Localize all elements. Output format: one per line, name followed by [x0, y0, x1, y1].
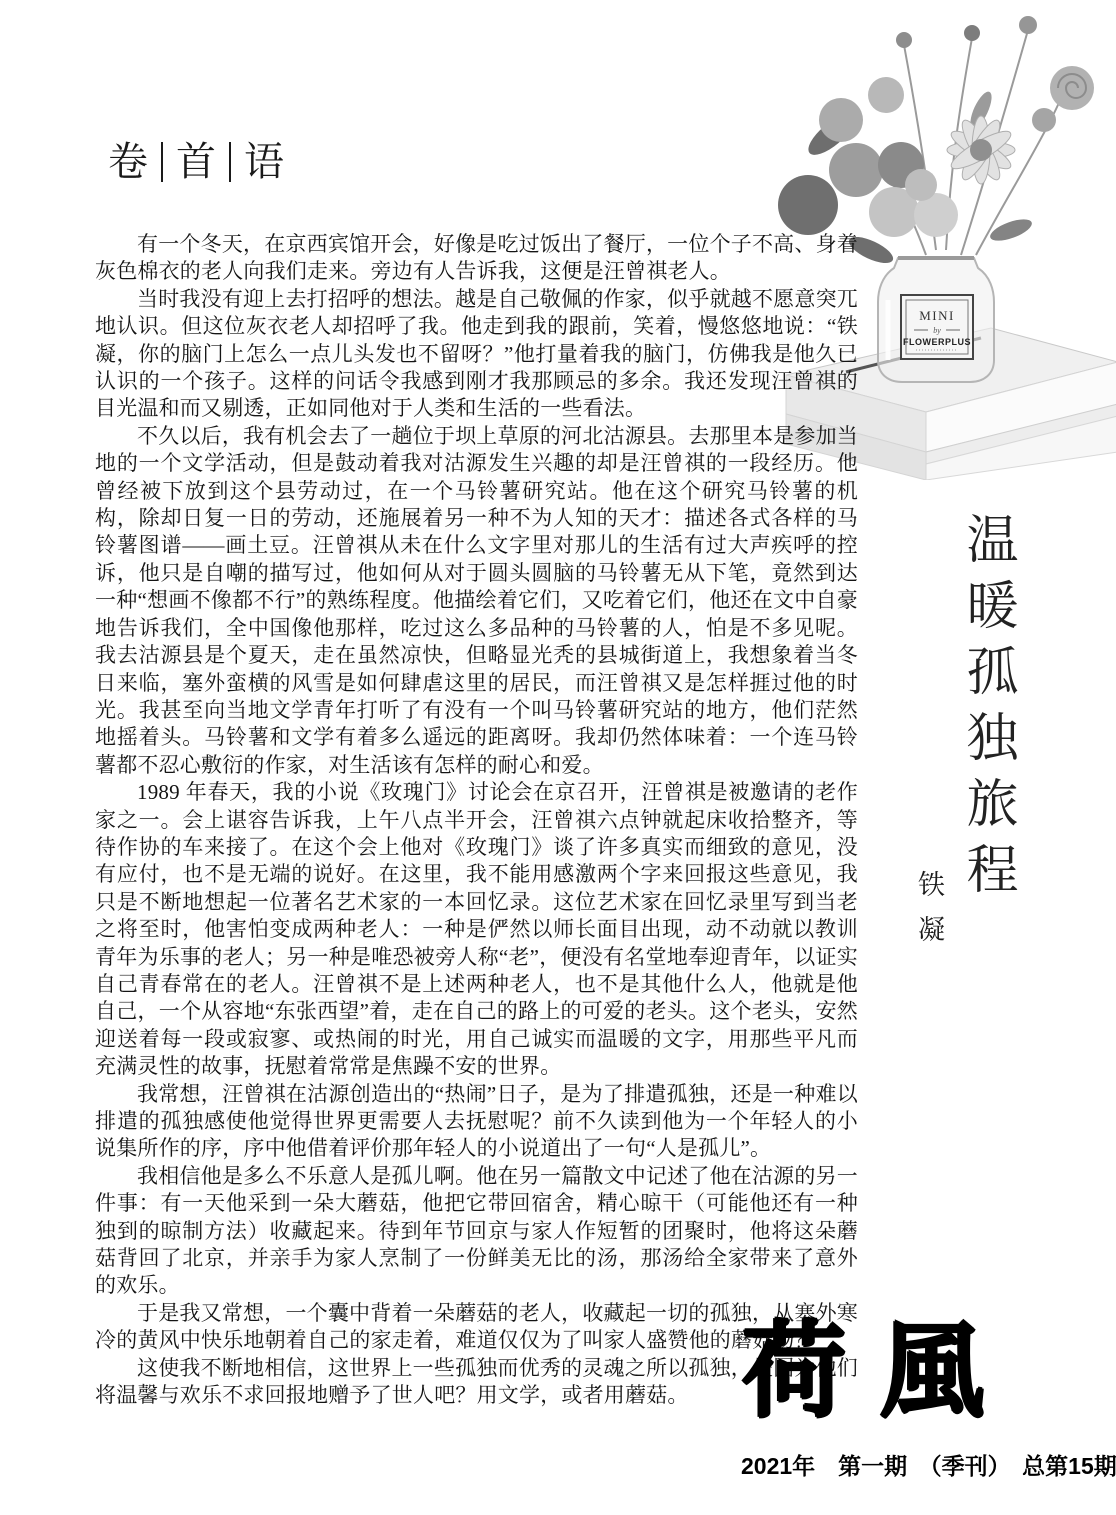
title-separator: [229, 142, 231, 182]
jar-label-brand: FLOWERPLUS: [903, 337, 971, 347]
jar-label-by: by: [933, 326, 941, 335]
page-title: 卷 首 语: [108, 142, 284, 182]
article-title-vertical: 温暖孤独旅程: [950, 512, 1025, 922]
article-author: 铁凝: [910, 870, 949, 990]
article-paragraph: 不久以后，我有机会去了一趟位于坝上草原的河北沽源县。去那里本是参加当地的一个文学…: [95, 423, 858, 779]
article-paragraph: 我相信他是多么不乐意人是孤儿啊。他在另一篇散文中记述了他在沽源的另一件事：有一天…: [95, 1163, 858, 1300]
article-paragraph: 有一个冬天，在京西宾馆开会，好像是吃过饭出了餐厅，一位个子不高、身着灰色棉衣的老…: [95, 231, 858, 286]
page-title-char: 卷: [108, 142, 148, 182]
article-paragraph: 我常想，汪曾祺在沽源创造出的“热闹”日子，是为了排遣孤独，还是一种难以排遣的孤独…: [95, 1081, 858, 1163]
article-paragraph: 当时我没有迎上去打招呼的想法。越是自己敬佩的作家，似乎就越不愿意突兀地认识。但这…: [95, 286, 858, 423]
poppy-bud: [964, 25, 980, 41]
magazine-logo: 荷風: [742, 1318, 1042, 1427]
jar-label: MINI by FLOWERPLUS: [901, 295, 973, 359]
page-title-char: 首: [176, 142, 216, 182]
article-body: 有一个冬天，在京西宾馆开会，好像是吃过饭出了餐厅，一位个子不高、身着灰色棉衣的老…: [95, 231, 858, 1409]
poppy-bud: [1019, 16, 1037, 34]
glass-jar: MINI by FLOWERPLUS: [878, 258, 994, 382]
issue-info: 2021年 第一期 （季刊） 总第15期: [741, 1448, 1071, 1481]
poppy-bud: [896, 32, 912, 48]
article-paragraph: 1989 年春天，我的小说《玫瑰门》讨论会在京召开，汪曾祺是被邀请的老作家之一。…: [95, 779, 858, 1080]
title-separator: [161, 142, 163, 182]
page-title-char: 语: [244, 142, 284, 182]
jar-label-title: MINI: [919, 308, 955, 323]
